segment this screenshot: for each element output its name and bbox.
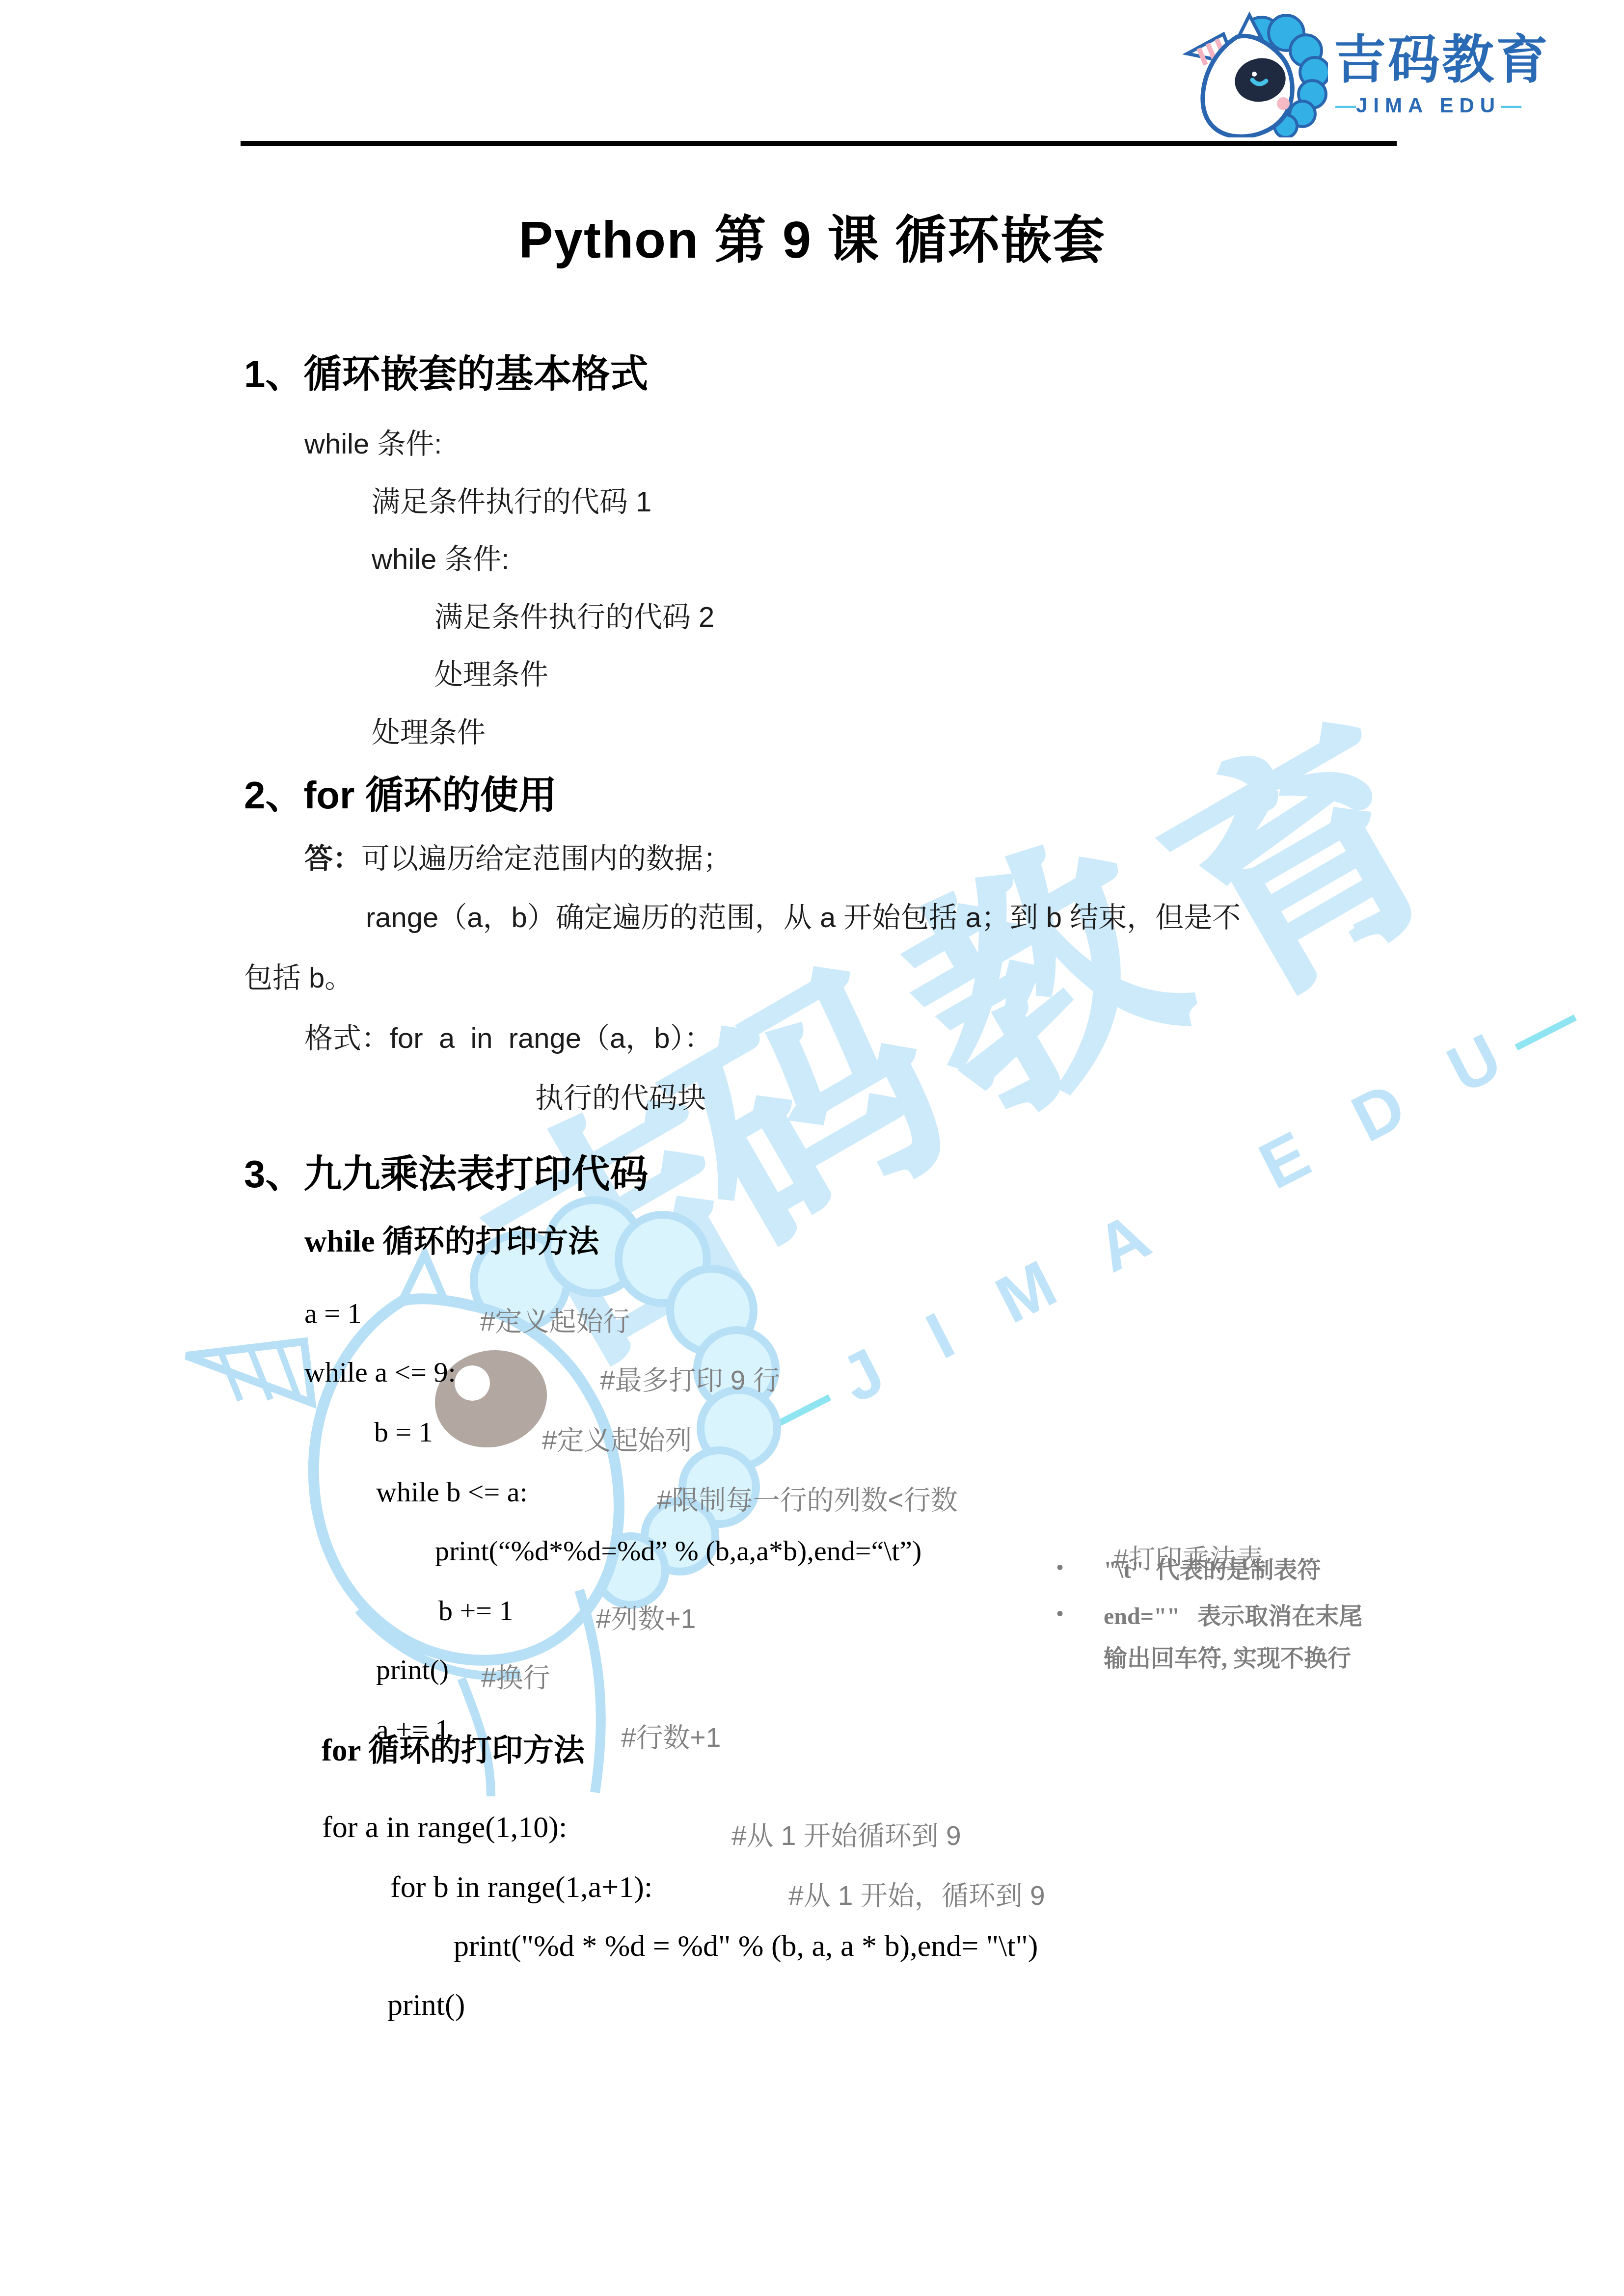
code-comment: #从 1 开始，循环到 9 [788, 1874, 1045, 1913]
page-title: Python 第 9 课 循环嵌套 [0, 199, 1624, 273]
while-method-heading: while 循环的打印方法 [304, 1216, 599, 1261]
note-bullet: • [1056, 1603, 1063, 1625]
answer-line: 答：可以遍历给定范围内的数据； [304, 835, 731, 877]
note-item: "\t" 代表的是制表符 [1104, 1551, 1321, 1585]
brand-subtitle-text: JIMA EDU [1356, 94, 1501, 117]
answer-prefix: 答： [304, 843, 361, 875]
note-item: end="" 表示取消在末尾 [1104, 1597, 1362, 1631]
format-line: 执行的代码块 [535, 1075, 706, 1116]
code-line: print("%d * %d = %d" % (b, a, a * b),end… [454, 1929, 1038, 1964]
code-line: print() [376, 1653, 449, 1686]
header-divider [241, 141, 1397, 146]
code-line: b += 1 [438, 1594, 513, 1627]
for-method-heading: for 循环的打印方法 [322, 1725, 585, 1770]
format-line: 格式：for a in range（a，b）： [304, 1015, 713, 1056]
format-line: while 条件: [304, 421, 442, 462]
code-line: while b <= a: [376, 1475, 528, 1508]
code-line: print(“%d*%d=%d” % (b,a,a*b),end=“\t”) [435, 1534, 921, 1567]
format-line: 处理条件 [372, 709, 486, 750]
code-line: while a <= 9: [304, 1356, 456, 1388]
brand-dash: — [1335, 94, 1356, 117]
code-comment: #定义起始列 [542, 1418, 692, 1457]
range-explanation-line: range（a，b）确定遍历的范围，从 a 开始包括 a；到 b 结束，但是不 [366, 894, 1241, 935]
code-comment: #列数+1 [596, 1597, 696, 1636]
document-page: 吉码教育 —JIMA EDU— Python 第 9 课 循环嵌套 1、循环嵌套… [0, 0, 1624, 2296]
brand-subtitle: —JIMA EDU— [1335, 94, 1521, 117]
code-comment: #行数+1 [621, 1716, 721, 1755]
section-2-heading: 2、for 循环的使用 [244, 765, 557, 820]
code-comment: #最多打印 9 行 [600, 1359, 780, 1397]
code-comment: #换行 [481, 1656, 550, 1695]
code-line: print() [387, 1988, 465, 2023]
format-line: while 条件: [372, 536, 509, 577]
unicorn-logo-icon [1181, 7, 1328, 137]
format-line: 满足条件执行的代码 1 [372, 479, 651, 520]
code-comment: #限制每一行的列数<行数 [657, 1478, 958, 1517]
code-line: b = 1 [374, 1415, 433, 1448]
answer-text: 可以遍历给定范围内的数据； [361, 843, 731, 875]
code-comment: #定义起始行 [480, 1300, 630, 1338]
format-line: 满足条件执行的代码 2 [434, 594, 714, 635]
code-line: a = 1 [304, 1297, 361, 1330]
section-1-heading: 1、循环嵌套的基本格式 [244, 344, 648, 399]
brand-logo: 吉码教育 —JIMA EDU— [1181, 7, 1544, 137]
code-comment: #从 1 开始循环到 9 [731, 1814, 961, 1853]
code-line: for b in range(1,a+1): [390, 1870, 652, 1905]
note-item: 输出回车符, 实现不换行 [1104, 1639, 1351, 1673]
section-3-heading: 3、九九乘法表打印代码 [244, 1144, 648, 1199]
code-line: for a in range(1,10): [322, 1810, 567, 1845]
brand-dash: — [1501, 94, 1521, 117]
format-line: 处理条件 [434, 651, 548, 693]
brand-name: 吉码教育 [1334, 18, 1550, 93]
range-explanation-line: 包括 b。 [244, 955, 353, 996]
note-bullet: • [1056, 1557, 1063, 1579]
